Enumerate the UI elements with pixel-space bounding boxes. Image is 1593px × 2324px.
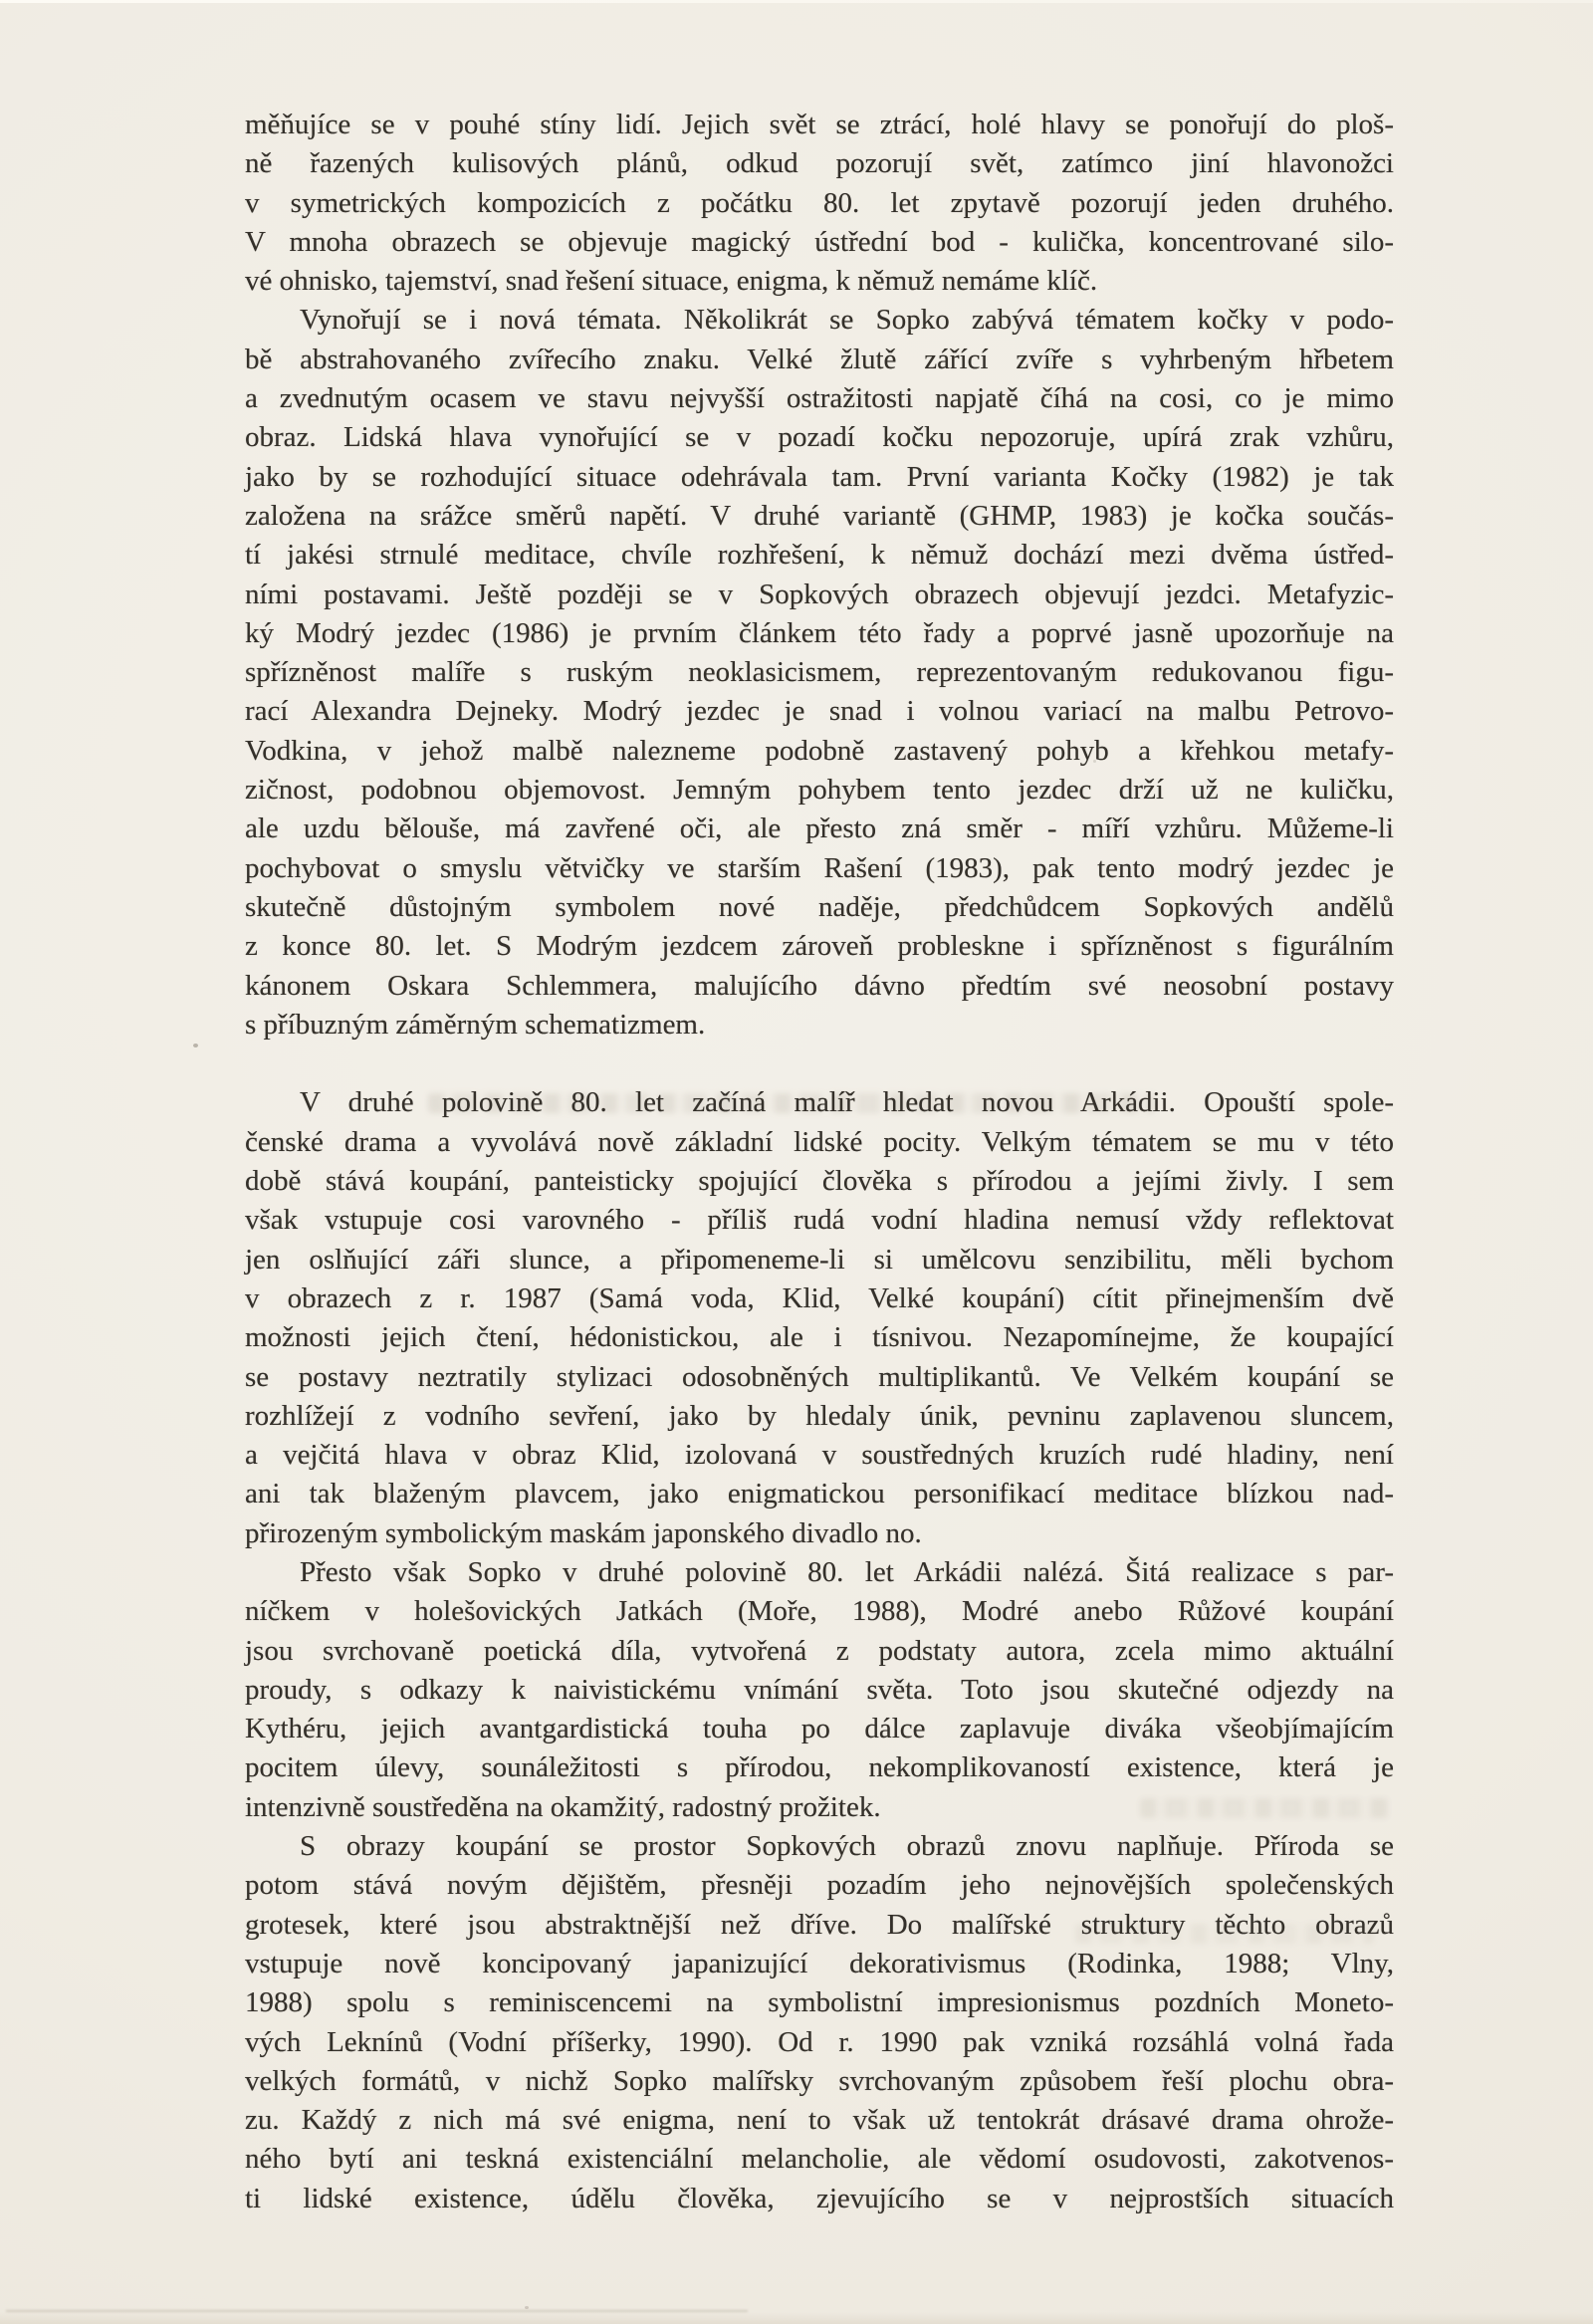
text-line: v obrazech z r. 1987 (Samá voda, Klid, V… bbox=[245, 1279, 1394, 1318]
text-line: bě abstrahovaného zvířecího znaku. Velké… bbox=[245, 341, 1394, 379]
text-line: spřízněnost malíře s ruským neoklasicism… bbox=[245, 653, 1394, 692]
text-line: ale uzdu bělouše, má zavřené oči, ale př… bbox=[245, 810, 1394, 848]
text-line: rozhlížejí z vodního sevření, jako by hl… bbox=[245, 1397, 1394, 1436]
text-line: čenské drama a vyvolává nově základní li… bbox=[245, 1123, 1394, 1162]
text-line: intenzivně soustředěna na okamžitý, rado… bbox=[245, 1788, 1394, 1827]
text-line: Vynořují se i nová témata. Několikrát se… bbox=[245, 301, 1394, 340]
text-line: pochybovat o smyslu větvičky ve starším … bbox=[245, 849, 1394, 888]
text-line: jsou svrchovaně poetická díla, vytvořená… bbox=[245, 1632, 1394, 1671]
text-line: měňujíce se v pouhé stíny lidí. Jejich s… bbox=[245, 106, 1394, 144]
text-line: z konce 80. let. S Modrým jezdcem zárove… bbox=[245, 927, 1394, 966]
text-line: s příbuzným záměrným schematizmem. bbox=[245, 1006, 1394, 1045]
dust-speck bbox=[525, 2306, 529, 2309]
text-line: obraz. Lidská hlava vynořující se v poza… bbox=[245, 418, 1394, 457]
paragraph: Přesto však Sopko v druhé polovině 80. l… bbox=[245, 1553, 1394, 1827]
text-line: kánonem Oskara Schlemmera, malujícího dá… bbox=[245, 967, 1394, 1006]
scan-edge-top-artifact bbox=[0, 0, 1593, 3]
text-line: skutečně důstojným symbolem nové naděje,… bbox=[245, 888, 1394, 927]
text-line: době stává koupání, panteisticky spojují… bbox=[245, 1162, 1394, 1201]
paragraph: S obrazy koupání se prostor Sopkových ob… bbox=[245, 1827, 1394, 2218]
text-line: V druhé polovině 80. let začíná malíř hl… bbox=[245, 1083, 1394, 1122]
text-line: tí jakési strnulé meditace, chvíle rozhř… bbox=[245, 536, 1394, 575]
text-line: však vstupuje cosi varovného - příliš ru… bbox=[245, 1201, 1394, 1240]
scan-edge-left-artifact bbox=[0, 0, 4, 2324]
text-line: potom stává novým dějištěm, přesněji poz… bbox=[245, 1866, 1394, 1905]
text-line: zu. Každý z nich má své enigma, není to … bbox=[245, 2101, 1394, 2140]
text-line: Vodkina, v jehož malbě nalezneme podobně… bbox=[245, 732, 1394, 771]
text-line: proudy, s odkazy k naivistickému vnímání… bbox=[245, 1671, 1394, 1710]
text-line: ně řazených kulisových plánů, odkud pozo… bbox=[245, 144, 1394, 183]
text-line: Přesto však Sopko v druhé polovině 80. l… bbox=[245, 1553, 1394, 1592]
text-line: grotesek, které jsou abstraktnější než d… bbox=[245, 1906, 1394, 1945]
text-line: v symetrických kompozicích z počátku 80.… bbox=[245, 184, 1394, 223]
scan-edge-bottom-shade bbox=[0, 2312, 1593, 2324]
text-line: velkých formátů, v nichž Sopko malířsky … bbox=[245, 2062, 1394, 2101]
text-line: 1988) spolu s reminiscencemi na symbolis… bbox=[245, 1983, 1394, 2022]
text-line: S obrazy koupání se prostor Sopkových ob… bbox=[245, 1827, 1394, 1866]
text-line: přirozeným symbolickým maskám japonského… bbox=[245, 1514, 1394, 1553]
text-line: ti lidské existence, údělu člověka, zjev… bbox=[245, 2180, 1394, 2218]
paragraph: Vynořují se i nová témata. Několikrát se… bbox=[245, 301, 1394, 1045]
text-line: založena na srážce směrů napětí. V druhé… bbox=[245, 497, 1394, 536]
text-line: jen oslňující záři slunce, a připomeneme… bbox=[245, 1241, 1394, 1279]
text-line: ký Modrý jezdec (1986) je prvním článkem… bbox=[245, 614, 1394, 653]
text-line: Kythéru, jejich avantgardistická touha p… bbox=[245, 1710, 1394, 1748]
text-block: měňujíce se v pouhé stíny lidí. Jejich s… bbox=[245, 106, 1394, 2218]
text-line: rací Alexandra Dejneky. Modrý jezdec je … bbox=[245, 692, 1394, 731]
text-line: možnosti jejich čtení, hédonistickou, al… bbox=[245, 1318, 1394, 1357]
text-line: ními postavami. Ještě později se v Sopko… bbox=[245, 576, 1394, 614]
text-line: vé ohnisko, tajemství, snad řešení situa… bbox=[245, 262, 1394, 301]
paragraph: V druhé polovině 80. let začíná malíř hl… bbox=[245, 1083, 1394, 1553]
text-line: ani tak blaženým plavcem, jako enigmatic… bbox=[245, 1475, 1394, 1513]
text-line: V mnoha obrazech se objevuje magický úst… bbox=[245, 223, 1394, 262]
text-line: a vejčitá hlava v obraz Klid, izolovaná … bbox=[245, 1436, 1394, 1475]
paragraph: měňujíce se v pouhé stíny lidí. Jejich s… bbox=[245, 106, 1394, 301]
text-line: a zvednutým ocasem ve stavu nejvyšší ost… bbox=[245, 379, 1394, 418]
text-line: níčkem v holešovických Jatkách (Moře, 19… bbox=[245, 1592, 1394, 1631]
text-line: jako by se rozhodující situace odehrával… bbox=[245, 458, 1394, 497]
dust-speck bbox=[193, 1044, 198, 1047]
text-line: vstupuje nově koncipovaný japanizující d… bbox=[245, 1945, 1394, 1983]
text-line: ného bytí ani teskná existenciální melan… bbox=[245, 2140, 1394, 2179]
text-line: vých Leknínů (Vodní příšerky, 1990). Od … bbox=[245, 2023, 1394, 2062]
text-line: zičnost, podobnou objemovost. Jemným poh… bbox=[245, 771, 1394, 810]
text-line: pocitem úlevy, sounáležitosti s přírodou… bbox=[245, 1748, 1394, 1787]
scanned-book-page: měňujíce se v pouhé stíny lidí. Jejich s… bbox=[0, 0, 1593, 2324]
text-line: se postavy neztratily stylizaci odosobně… bbox=[245, 1358, 1394, 1397]
